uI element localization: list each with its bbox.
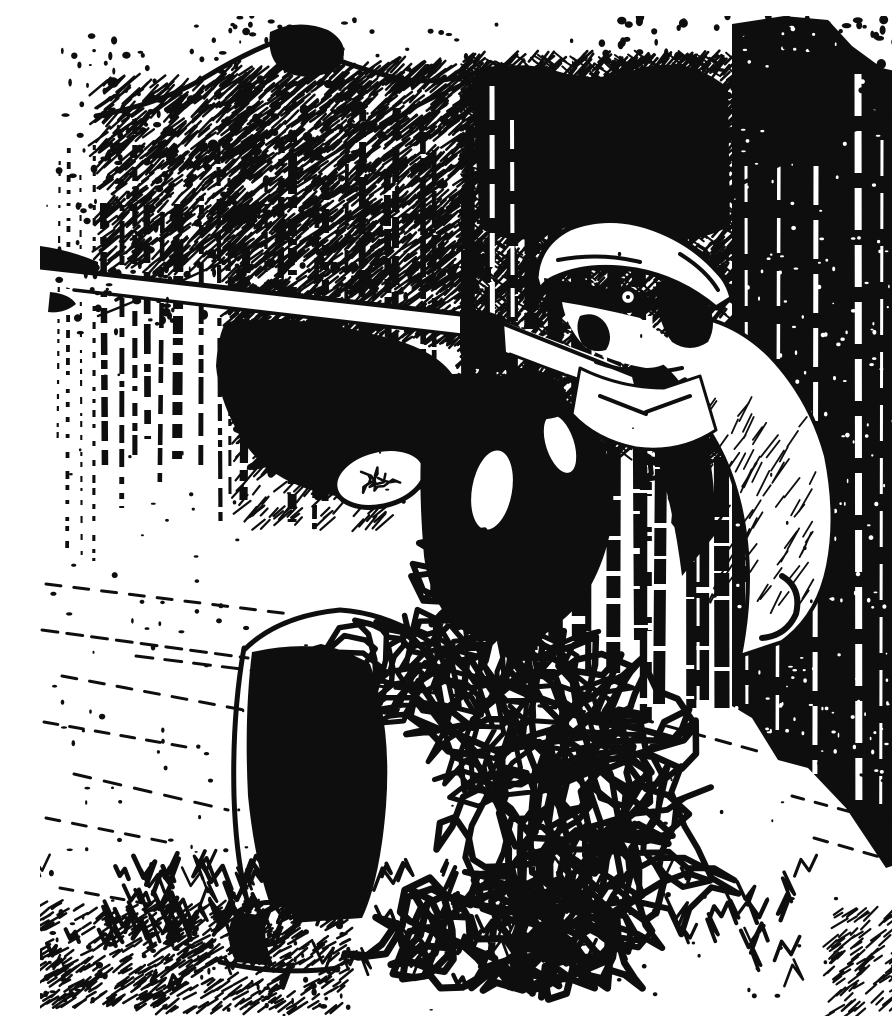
hunter-illustration: Black-and-white ink sketch: a hunter wea… (40, 16, 892, 1016)
illustration-frame: Black-and-white ink sketch: a hunter wea… (40, 16, 892, 1016)
eye-dot (626, 295, 630, 299)
